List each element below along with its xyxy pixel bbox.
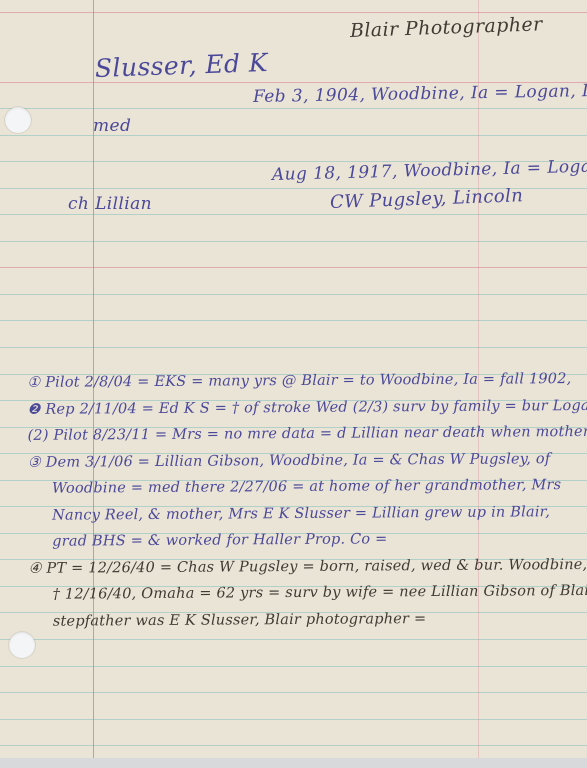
page-bottom-edge <box>0 758 587 768</box>
teal-rule-line <box>0 745 587 746</box>
teal-rule-line <box>0 108 587 109</box>
teal-rule-line <box>0 666 587 667</box>
teal-rule-line <box>0 719 587 720</box>
surname-heading: Slusser, Ed K <box>94 48 268 83</box>
note-line: (2) Pilot 8/23/11 = Mrs = no mre data = … <box>0 419 587 450</box>
teal-rule-line <box>0 320 587 321</box>
note-line: ① Pilot 2/8/04 = EKS = many yrs @ Blair … <box>0 366 586 397</box>
research-notes: ① Pilot 2/8/04 = EKS = many yrs @ Blair … <box>0 366 587 636</box>
teal-rule-line <box>0 639 587 640</box>
note-line: ③ Dem 3/1/06 = Lillian Gibson, Woodbine,… <box>0 446 587 477</box>
med-label: med <box>93 116 131 136</box>
teal-rule-line <box>0 294 587 295</box>
note-line: grad BHS = & worked for Haller Prop. Co … <box>0 525 587 556</box>
note-line: ❷ Rep 2/11/04 = Ed K S = † of stroke Wed… <box>0 393 586 424</box>
teal-rule-line <box>0 347 587 348</box>
note-line: ④ PT = 12/26/40 = Chas W Pugsley = born,… <box>0 552 587 583</box>
teal-rule-line <box>0 692 587 693</box>
note-line: Woodbine = med there 2/27/06 = at home o… <box>0 472 587 503</box>
pink-rule-line <box>0 12 587 13</box>
note-line: stepfather was E K Slusser, Blair photog… <box>1 605 587 636</box>
page-annotation: Blair Photographer <box>350 13 543 42</box>
hole-punch-top <box>5 107 31 133</box>
teal-rule-line <box>0 135 587 136</box>
teal-rule-line <box>0 214 587 215</box>
note-line: Nancy Reel, & mother, Mrs E K Slusser = … <box>0 499 587 530</box>
hole-punch-bottom <box>9 632 35 658</box>
notebook-page: Blair Photographer Slusser, Ed K Feb 3, … <box>0 0 587 768</box>
spouse-line: CW Pugsley, Lincoln <box>330 185 524 213</box>
note-line: † 12/16/40, Omaha = 62 yrs = surv by wif… <box>1 578 587 609</box>
teal-rule-line <box>0 241 587 242</box>
pink-rule-line <box>0 267 587 268</box>
child-line: ch Lillian <box>68 194 152 214</box>
birth-line: Feb 3, 1904, Woodbine, Ia = Logan, Ia <box>253 81 587 107</box>
